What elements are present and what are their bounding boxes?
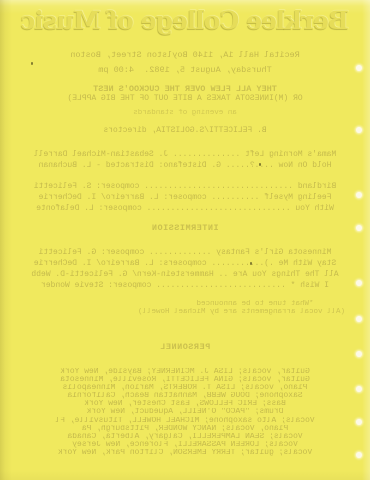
program-line: All The Things You Are .. Hammerstein-Ke… bbox=[25, 269, 345, 280]
personnel-line: Vocals; SEAN LAMPERELLI, Calgary, Albert… bbox=[15, 433, 355, 441]
program-line: Stay With Me .)........... composers: L.… bbox=[25, 258, 345, 269]
date-line: Thursday, August 5, 1982. 4:00 pm bbox=[0, 65, 370, 75]
binder-hole-dot bbox=[356, 419, 362, 425]
personnel-line: Guitar, vocals; GINA FELICETTI, Rosevill… bbox=[15, 376, 355, 384]
program-line: Feeling Myself .......... composer: L. B… bbox=[25, 193, 345, 204]
paper-fleck bbox=[250, 262, 252, 265]
show-title-line2: OR (M)INNESOTA TAKES A BITE OUT OF THE B… bbox=[0, 94, 370, 103]
page-title: Berklee College of Music bbox=[0, 6, 370, 35]
footnotes: *What tune to be announced(All vocal arr… bbox=[165, 300, 345, 317]
program-line: Mama's Morning Left .............. J. Se… bbox=[25, 150, 345, 161]
paper-fleck bbox=[259, 163, 261, 166]
show-subtitle: an evening of standards bbox=[0, 109, 370, 117]
scanned-program-page: Berklee College of Music Recital Hall 1A… bbox=[0, 0, 370, 480]
binder-hole-dot bbox=[356, 386, 362, 392]
personnel-line: Piano, Vocals; NANCY WONDER, Pittsburgh,… bbox=[15, 425, 355, 433]
show-title-line1: THEY ALL FLEW OVER THE CUCKOO'S NEST bbox=[0, 84, 370, 94]
program-line: Minnesota Girl's Fantasy ............. c… bbox=[25, 247, 345, 258]
program-line: Hold On Now ....?..... G. Distefano: Dis… bbox=[25, 161, 345, 172]
mirrored-content: Berklee College of Music Recital Hall 1A… bbox=[0, 0, 370, 480]
program-list-part1: Mama's Morning Left .............. J. Se… bbox=[25, 150, 345, 215]
program-line: With You .............................. … bbox=[25, 204, 345, 215]
personnel-line: Vocals; Alto saxophone; MICHAEL HOWELL, … bbox=[15, 417, 355, 425]
binder-hole-dot bbox=[356, 192, 362, 198]
paper-fleck bbox=[31, 62, 33, 65]
program-line bbox=[25, 172, 345, 183]
binder-hole-dot bbox=[356, 280, 362, 286]
personnel-line: Bass; ERIC FELLOWS, East Chester, New Yo… bbox=[15, 400, 355, 408]
binder-hole-dot bbox=[356, 452, 362, 458]
personnel-line: Vocals; guitar; TERRY EMERSON, Clifton P… bbox=[15, 449, 355, 457]
binder-hole-dot bbox=[356, 316, 362, 322]
personnel-line: Guitar, vocals; LISA J. MCINERNEY; Baysi… bbox=[15, 368, 355, 376]
intermission-label: INTERMISSION bbox=[0, 223, 370, 233]
personnel-line: Vocals; LOREEN PASSARELLI, Florence, New… bbox=[15, 441, 355, 449]
personnel-line: Saxophone; DOUG WEBB, Manhattan Beach, C… bbox=[15, 392, 355, 400]
personnel-line: Piano, vocals; LISA T. ROBERTS, Marion, … bbox=[15, 384, 355, 392]
binder-hole-dot bbox=[356, 225, 362, 231]
personnel-line: Drums; "PACO" O'NEILL, Aqueduct, New Yor… bbox=[15, 408, 355, 416]
personnel-list: Guitar, vocals; LISA J. MCINERNEY; Baysi… bbox=[15, 368, 355, 457]
program-list-part2: Minnesota Girl's Fantasy ............. c… bbox=[25, 247, 345, 291]
venue-line: Recital Hall 1A, 1140 Boylston Street, B… bbox=[0, 50, 370, 60]
program-line: Birdland ...............................… bbox=[25, 182, 345, 193]
credit-line: B. FELICETTI/S.GOLISTIA, directors bbox=[0, 126, 370, 135]
personnel-header: PERSONNEL bbox=[0, 342, 370, 352]
footnote-line: (All vocal arrangements are by Michael H… bbox=[165, 308, 345, 316]
program-line: I Wish * ........................... com… bbox=[25, 280, 345, 291]
footnote-line: *What tune to be announced bbox=[165, 300, 345, 308]
binder-hole-dot bbox=[356, 127, 362, 133]
binder-hole-dot bbox=[356, 351, 362, 357]
binder-hole-dot bbox=[356, 65, 362, 71]
